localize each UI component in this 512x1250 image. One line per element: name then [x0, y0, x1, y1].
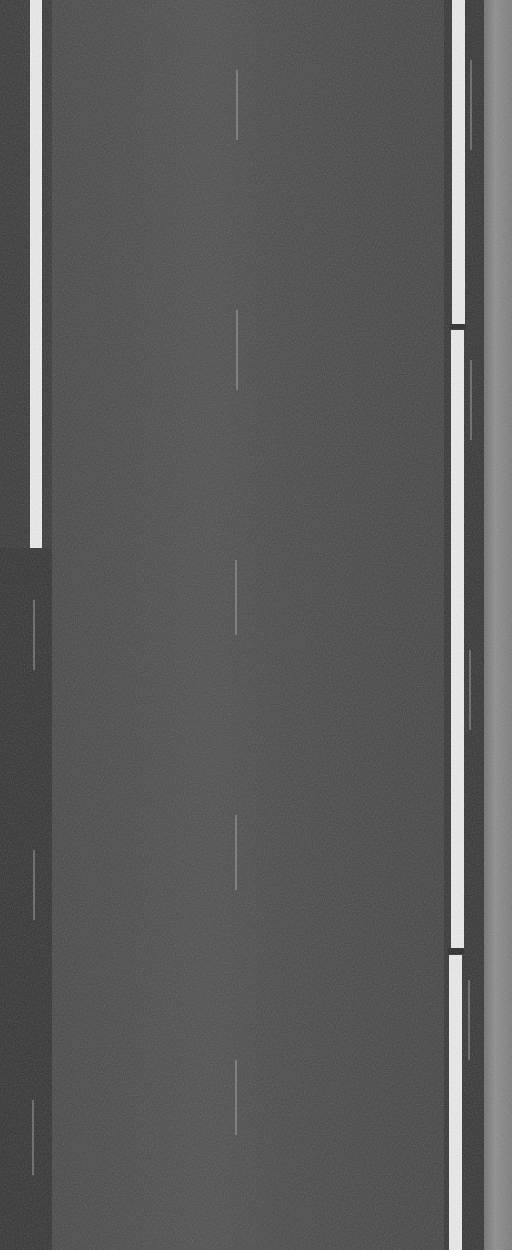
asphalt-texture	[0, 0, 512, 1250]
road-scan	[0, 0, 512, 1250]
